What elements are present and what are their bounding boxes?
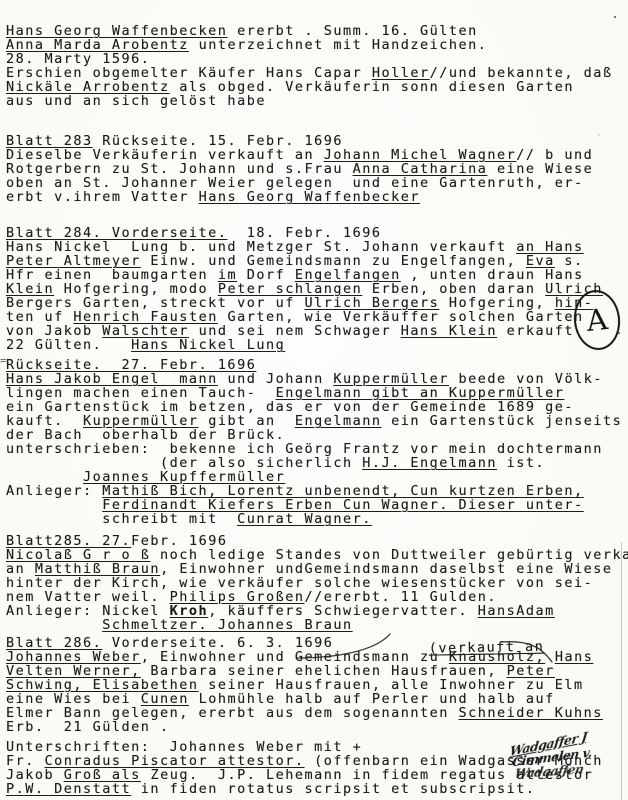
text-line: Ferdinandt Kiefers Erben Cun Wagner. Die… [6, 498, 626, 512]
text-line: Anna Marda Arobentz unterzeichnet mit Ha… [6, 38, 626, 52]
text-line: Klein Hofgering, modo Peter schlangen Er… [6, 282, 626, 296]
text-line: eine Wies bei Cunen Lohmühle halb auf Pe… [6, 692, 626, 706]
text-block: Blatt 284. Vorderseite. 18. Febr. 1696Ha… [6, 226, 626, 352]
text-segment: H.J. Engelmann [362, 455, 497, 471]
text-line: Schwing, Elisabethen seiner Hausfrauen, … [6, 678, 626, 692]
text-line: der Bach oberhalb der Brück. [6, 428, 626, 442]
text-line: ten uf Henrich Fausten Garten, wie Verkä… [6, 310, 626, 324]
document-body: Hans Georg Waffenbecken ererbt . Summ. 1… [6, 24, 626, 796]
text-line: Nickäle Arrobentz als obged. Verkäuferin… [6, 80, 626, 94]
text-segment: Erb. 21 Gülden . [6, 719, 170, 735]
text-segment: in fiden rotatus scripsit et subscripsit… [131, 781, 535, 797]
text-segment: Schneider Kuhns [459, 705, 603, 721]
text-line: P.W. Denstatt in fiden rotatus scripsit … [6, 782, 626, 796]
text-line: Rückseite. 27. Febr. 1696 [6, 358, 626, 372]
text-segment: erkauft [497, 323, 574, 339]
text-line: an Matthiß Braun, Einwohner undGemeindsm… [6, 562, 626, 576]
text-segment: Hans Nickel Lung [131, 337, 285, 353]
text-line: 28. Marty 1596. [6, 52, 626, 66]
text-segment: HansAdam [478, 603, 555, 619]
text-segment: P.W. Denstatt [6, 781, 131, 797]
text-line: Elmer Bann gelegen, ererbt aus dem sogen… [6, 706, 626, 720]
text-line: Hans Georg Waffenbecken ererbt . Summ. 1… [6, 24, 626, 38]
text-line: Rotgerbern zu St. Johann und s.Frau Anna… [6, 162, 626, 176]
circled-a-letter: A [585, 302, 609, 338]
text-line: unterschrieben: bekenne ich Geörg Frantz… [6, 442, 626, 456]
text-line: Anlieger: Nickel Kroh, käuffers Schwiege… [6, 604, 626, 618]
text-line: Blatt 283 Rückseite. 15. Febr. 1696 [6, 134, 626, 148]
text-block: Blatt 283 Rückseite. 15. Febr. 1696Diese… [6, 134, 626, 204]
text-segment: ein Gartenstück jenseits [382, 413, 623, 429]
text-segment: aus und an sich gelöst habe [6, 93, 266, 109]
text-line: Blatt285. 27.Febr. 1696 [6, 534, 626, 548]
text-line: Nicolaß G r o ß noch ledige Standes von … [6, 548, 626, 562]
text-segment: schreibt mit [6, 511, 237, 527]
text-line: Bergers Garten, streckt vor uf Ulrich Be… [6, 296, 626, 310]
text-segment: 22 Gülten. [6, 337, 131, 353]
pencil-mark: = [0, 354, 7, 367]
text-line: Hans Jakob Engel mann und Johann Kupperm… [6, 372, 626, 386]
text-line: hinter der Kirch, wie verkäufer solche w… [6, 576, 626, 590]
text-segment [6, 617, 102, 633]
scan-edge-line [621, 542, 622, 800]
text-line: Erschien obgemelter Käufer Hans Capar Ho… [6, 66, 626, 80]
insertion-curve [280, 628, 580, 672]
text-line: aus und an sich gelöst habe [6, 94, 626, 108]
text-line: erbt v.ihrem Vatter Hans Georg Waffenbec… [6, 190, 626, 204]
text-line: Dieselbe Verkäuferin verkauft an Johann … [6, 148, 626, 162]
text-line: lingen machen einen Tauch- Engelmann gib… [6, 386, 626, 400]
text-block: Rückseite. 27. Febr. 1696Hans Jakob Enge… [6, 358, 626, 526]
text-line: Anlieger: Mathiß Bich, Lorentz unbenendt… [6, 484, 626, 498]
text-segment: Hans Klein [401, 323, 497, 339]
text-line: schreibt mit Cunrat Wagner. [6, 512, 626, 526]
text-line: Erb. 21 Gülden . [6, 720, 626, 734]
text-line: (der also sicherlich H.J. Engelmann ist. [6, 456, 626, 470]
text-segment: unterzeichnet mit Handzeichen. [189, 37, 487, 53]
text-line: 22 Gülten. Hans Nickel Lung [6, 338, 626, 352]
text-segment: Cunrat Wagner. [237, 511, 372, 527]
text-line: ein Gartenstück im betzen, das er von de… [6, 400, 626, 414]
text-line: nem Vatter weil. Philips Großen//ererbt.… [6, 590, 626, 604]
text-segment: Hans Georg Waffenbecker [199, 189, 420, 205]
text-block: Blatt285. 27.Febr. 1696Nicolaß G r o ß n… [6, 534, 626, 632]
text-line: Hfr einen baumgarten im Dorf Engelfangen… [6, 268, 626, 282]
text-segment: erbt v.ihrem Vatter [6, 189, 199, 205]
text-line: kauft. Kuppermüller gibt an Engelmann ei… [6, 414, 626, 428]
scan-specks [614, 16, 616, 18]
text-line: oben an St. Johanner Weier gelegen und e… [6, 176, 626, 190]
text-segment: Engelmann [295, 413, 382, 429]
text-line: Joannes Kupffermüller [6, 470, 626, 484]
document-page: Hans Georg Waffenbecken ererbt . Summ. 1… [0, 0, 628, 800]
text-line: Hans Nickel Lung b. und Metzger St. Joha… [6, 240, 626, 254]
text-line: Peter Altmeyer Einw. und Gemeindsmann zu… [6, 254, 626, 268]
text-block: Hans Georg Waffenbecken ererbt . Summ. 1… [6, 24, 626, 108]
text-line: Blatt 284. Vorderseite. 18. Febr. 1696 [6, 226, 626, 240]
text-segment: ist. [497, 455, 545, 471]
text-line: von Jakob Walschter und sei nem Schwager… [6, 324, 626, 338]
